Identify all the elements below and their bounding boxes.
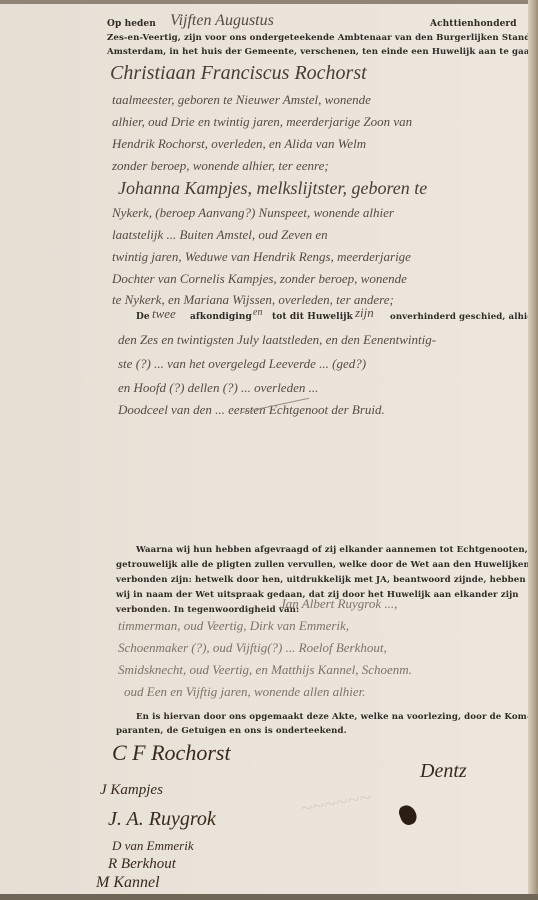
proclamation-suffix: onverhinderd geschied, alhier <box>390 312 538 322</box>
proclamation-line-2: ste (?) ... van het overgelegd Leeverde … <box>118 356 366 372</box>
witness-line-4: Smidsknecht, oud Veertig, en Matthijs Ka… <box>118 662 412 678</box>
declaration-line-1: Waarna wij hun hebben afgevraagd of zij … <box>136 545 538 555</box>
parties-line-3: Hendrik Rochorst, overleden, en Alida va… <box>112 136 366 152</box>
signature-witness-3: R Berkhout <box>108 856 176 873</box>
declaration-line-2: getrouwelijk alle de pligten zullen verv… <box>116 560 538 570</box>
header-line-3: Amsterdam, in het huis der Gemeente, ver… <box>107 47 536 57</box>
closing-line-1: En is hiervan door ons opgemaakt deze Ak… <box>136 712 531 722</box>
signature-official: Dentz <box>420 760 467 783</box>
proclamation-hand-1: twee <box>152 306 176 322</box>
proclamation-prefix: De <box>136 312 150 322</box>
header-year-start: Achttienhonderd <box>430 19 517 29</box>
witness-line-3: Schoenmaker (?), oud Vijftig(?) ... Roel… <box>118 640 387 656</box>
proclamation-mid-2: tot dit Huwelijk <box>272 312 353 322</box>
document-page: Op heden Vijften Augustus Achttienhonder… <box>0 0 528 900</box>
witness-line-1: Jan Albert Ruygrok ..., <box>280 596 397 612</box>
groom-name: Christiaan Franciscus Rochorst <box>110 62 367 85</box>
ink-blot <box>397 803 419 827</box>
parties-line-7: laatstelijk ... Buiten Amstel, oud Zeven… <box>112 227 328 243</box>
signature-witness-2: D van Emmerik <box>112 838 194 854</box>
header-date-handwritten: Vijften Augustus <box>170 12 274 30</box>
signature-bride: J Kampjes <box>100 782 163 799</box>
signature-witness-1: J. A. Ruygrok <box>108 808 216 831</box>
bleed-through-text: ~~~~~~ <box>298 784 373 822</box>
proclamation-hand-3: zijn <box>355 305 374 321</box>
signature-groom: C F Rochorst <box>112 740 231 766</box>
signature-witness-4: M Kannel <box>96 874 160 892</box>
parties-line-4: zonder beroep, wonende alhier, ter eenre… <box>112 158 329 174</box>
parties-line-6: Nykerk, (beroep Aanvang?) Nunspeet, wone… <box>112 205 394 221</box>
header-line-2: Zes-en-Veertig, zijn voor ons ondergetee… <box>107 33 538 43</box>
declaration-line-3: verbonden zijn: hetwelk door hen, uitdru… <box>116 575 526 585</box>
proclamation-mid-1: afkondiging <box>190 312 252 322</box>
parties-line-9: Dochter van Cornelis Kampjes, zonder ber… <box>112 271 407 287</box>
proclamation-line-3: en Hoofd (?) dellen (?) ... overleden ..… <box>118 380 318 396</box>
witness-line-5: oud Een en Vijftig jaren, wonende allen … <box>124 684 366 700</box>
parties-line-2: alhier, oud Drie en twintig jaren, meerd… <box>112 114 412 130</box>
book-spine-edge <box>528 0 538 900</box>
closing-line-2: paranten, de Getuigen en ons is ondertee… <box>116 726 347 736</box>
page-top-edge <box>0 0 538 4</box>
header-prefix: Op heden <box>107 19 156 29</box>
page-bottom-edge <box>0 894 538 900</box>
bride-name: Johanna Kampjes, melkslijtster, geboren … <box>118 178 427 199</box>
proclamation-line-1: den Zes en twintigsten July laatstleden,… <box>118 332 436 348</box>
proclamation-hand-2: en <box>253 307 262 318</box>
witness-line-2: timmerman, oud Veertig, Dirk van Emmerik… <box>118 618 349 634</box>
parties-line-1: taalmeester, geboren te Nieuwer Amstel, … <box>112 92 371 108</box>
parties-line-8: twintig jaren, Weduwe van Hendrik Rengs,… <box>112 249 411 265</box>
declaration-line-5: verbonden. In tegenwoordigheid van: <box>116 605 299 615</box>
